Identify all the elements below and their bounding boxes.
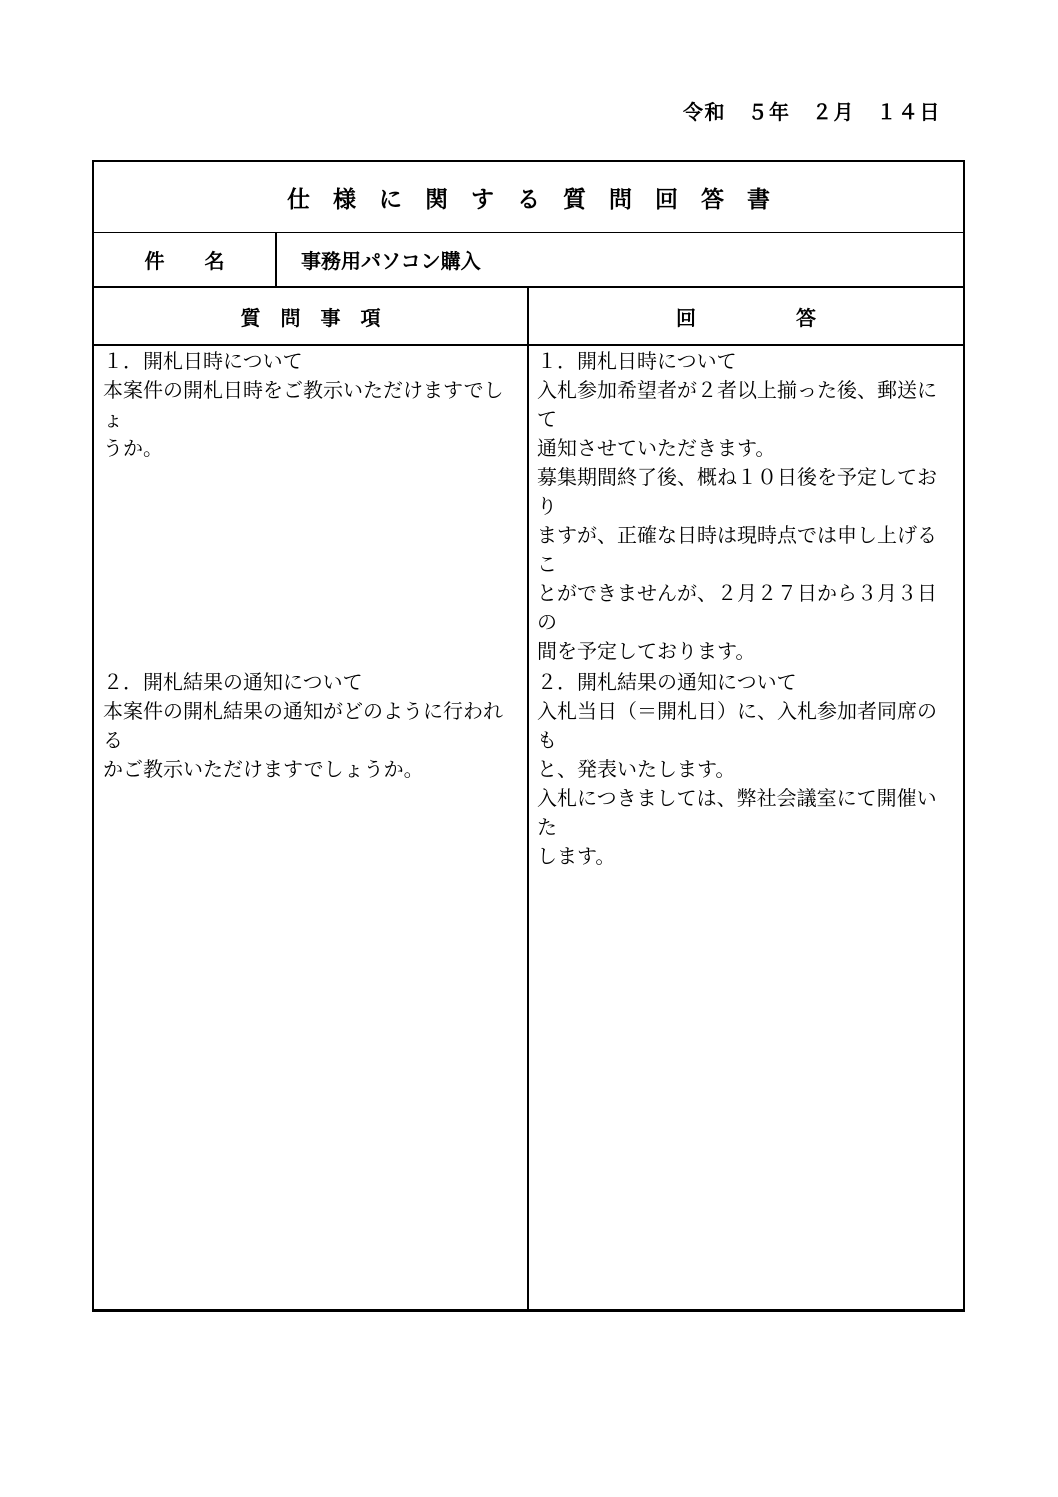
subject-label-cell: 件 名 bbox=[94, 233, 277, 286]
question-2-text: ２．開札結果の通知について 本案件の開札結果の通知がどのように行われる かご教示… bbox=[103, 669, 518, 785]
column-header-row: 質 問 事 項 回 答 bbox=[94, 288, 963, 346]
question-1-text: １．開札日時について 本案件の開札日時をご教示いただけますでしょ うか。 bbox=[103, 348, 518, 669]
answer-1-text: １．開札日時について 入札参加希望者が２者以上揃った後、郵送にて 通知させていた… bbox=[537, 348, 955, 669]
document-title: 仕 様 に 関 す る 質 問 回 答 書 bbox=[287, 181, 770, 214]
qa-content-row: １．開札日時について 本案件の開札日時をご教示いただけますでしょ うか。 ２．開… bbox=[94, 346, 963, 1309]
answer-header-label: 回 答 bbox=[676, 302, 816, 331]
document-page: { "date": "令和 ５年 ２月 １４日", "table": { "ti… bbox=[0, 0, 1058, 1497]
question-header-label: 質 問 事 項 bbox=[241, 302, 381, 331]
subject-row: 件 名 事務用パソコン購入 bbox=[94, 233, 963, 288]
question-cell: １．開札日時について 本案件の開札日時をご教示いただけますでしょ うか。 ２．開… bbox=[94, 346, 529, 1309]
qa-table: 仕 様 に 関 す る 質 問 回 答 書 件 名 事務用パソコン購入 質 問 … bbox=[92, 160, 965, 1312]
question-column-header: 質 問 事 項 bbox=[94, 288, 529, 344]
date-line: 令和 ５年 ２月 １４日 bbox=[683, 100, 941, 126]
answer-2-text: ２．開札結果の通知について 入札当日（＝開札日）に、入札参加者同席のも と、発表… bbox=[537, 669, 955, 872]
subject-value-cell: 事務用パソコン購入 bbox=[277, 233, 963, 286]
answer-cell: １．開札日時について 入札参加希望者が２者以上揃った後、郵送にて 通知させていた… bbox=[529, 346, 963, 1309]
subject-label: 件 名 bbox=[145, 245, 225, 274]
table-title-row: 仕 様 に 関 す る 質 問 回 答 書 bbox=[94, 162, 963, 233]
answer-column-header: 回 答 bbox=[529, 288, 963, 344]
subject-value: 事務用パソコン購入 bbox=[301, 245, 481, 274]
